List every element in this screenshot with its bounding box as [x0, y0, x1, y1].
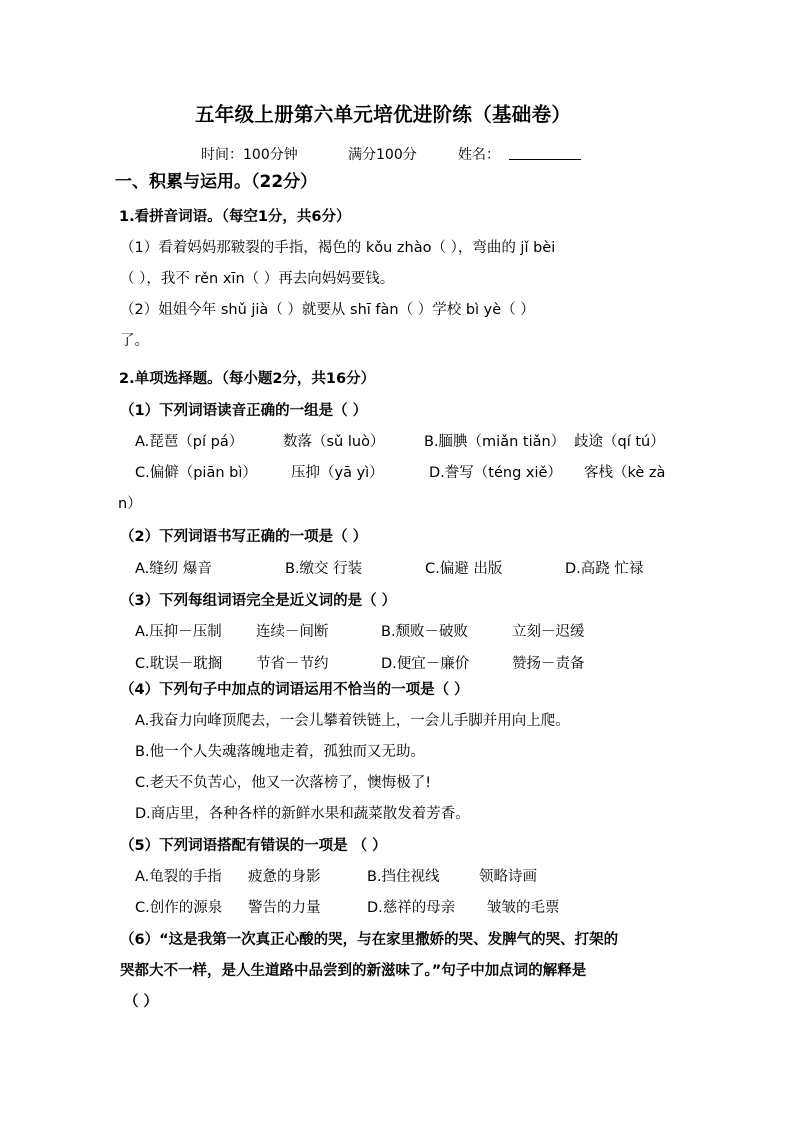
option-d: D.慈祥的母亲: [367, 898, 455, 918]
section-heading: 一、积累与运用。（22分）: [115, 172, 317, 192]
name-label: 姓名：: [458, 145, 500, 165]
question-1-heading: 1.看拼音词语。（每空1分，共6分）: [119, 207, 351, 227]
option-d-2: 赞扬－责备: [512, 654, 585, 674]
sub-question-1: （1）下列词语读音正确的一组是（ ）: [120, 401, 367, 421]
option-b: B.缴交 行装: [285, 559, 362, 579]
option-a-2: 疲惫的身影: [248, 867, 321, 887]
option-c: C.耽误－耽搁: [135, 654, 222, 674]
sub-question-3: （3）下列每组词语完全是近义词的是（ ）: [120, 591, 396, 611]
option-a: A.我奋力向峰顶爬去，一会儿攀着铁链上，一会儿手脚并用向上爬。: [135, 711, 570, 731]
question-1-line: （1）看着妈妈那皲裂的手指，褐色的 kǒu zhào（ ），弯曲的 jǐ bèi: [120, 238, 555, 258]
time-label: 时间：100分钟: [201, 145, 298, 165]
option-c: C.偏僻（piān bì）: [135, 463, 257, 483]
option-b: B.挡住视线: [367, 867, 440, 887]
question-2-heading: 2.单项选择题。（每小题2分，共16分）: [119, 369, 375, 389]
option-d-2: 皱皱的毛票: [487, 898, 560, 918]
option-c-2: 节省－节约: [256, 654, 329, 674]
full-score-label: 满分100分: [348, 145, 417, 165]
option-b-2: 领略诗画: [479, 867, 537, 887]
option-c: C.偏避 出版: [425, 559, 502, 579]
option-b: B.他一个人失魂落魄地走着，孤独而又无助。: [135, 742, 425, 762]
option-d: D.高跷 忙禄: [565, 559, 643, 579]
option-c: C.老天不负苦心，他又一次落榜了，懊悔极了!: [135, 773, 431, 793]
question-1-line: （2）姐姐今年 shǔ jià（ ）就要从 shī fàn（ ）学校 bì yè…: [120, 300, 535, 320]
option-a-2: 数落（sǔ luò）: [283, 432, 384, 452]
question-1-line: （ ），我不 rěn xīn（ ）再去向妈妈要钱。: [120, 269, 394, 289]
option-c: C.创作的源泉: [135, 898, 222, 918]
option-a: A.琵琶（pí pá）: [135, 432, 243, 452]
page-title: 五年级上册第六单元培优进阶练（基础卷）: [195, 105, 571, 125]
answer-blank: （ ）: [124, 992, 158, 1012]
option-a: A.缝纫 爆音: [135, 559, 212, 579]
option-b-2: 立刻－迟缓: [512, 622, 585, 642]
sub-question-2: （2）下列词语书写正确的一项是（ ）: [120, 527, 367, 547]
option-c-2: 压抑（yā yì）: [291, 463, 384, 483]
sub-question-4: （4）下列句子中加点的词语运用不恰当的一项是（ ）: [120, 680, 469, 700]
option-d-2: 客栈（kè zà: [584, 463, 665, 483]
sub-question-5: （5）下列词语搭配有错误的一项是 （ ）: [120, 836, 387, 856]
option-d: D.誊写（téng xiě）: [429, 463, 562, 483]
sub-question-6-line: 哭都大不一样，是人生道路中品尝到的新滋味了。”句子中加点词的解释是: [120, 961, 586, 981]
option-a: A.压抑－压制: [135, 622, 222, 642]
option-d: D.便宜－廉价: [381, 654, 469, 674]
option-d: D.商店里，各种各样的新鲜水果和蔬菜散发着芳香。: [135, 804, 470, 824]
sub-question-6: （6）“这是我第一次真正心酸的哭，与在家里撒娇的哭、发脾气的哭、打架的: [120, 930, 618, 950]
option-c-2: 警告的力量: [248, 898, 321, 918]
option-d-wrap: n）: [118, 494, 142, 514]
question-1-line: 了。: [120, 331, 149, 351]
option-b: B.颓败－破败: [381, 622, 468, 642]
exam-page: 五年级上册第六单元培优进阶练（基础卷） 时间：100分钟 满分100分 姓名： …: [0, 0, 794, 1123]
option-b-2: 歧途（qí tú）: [574, 432, 665, 452]
option-b: B.腼腆（miǎn tiǎn）: [424, 432, 565, 452]
option-a: A.龟裂的手指: [135, 867, 222, 887]
option-a-2: 连续－间断: [256, 622, 329, 642]
